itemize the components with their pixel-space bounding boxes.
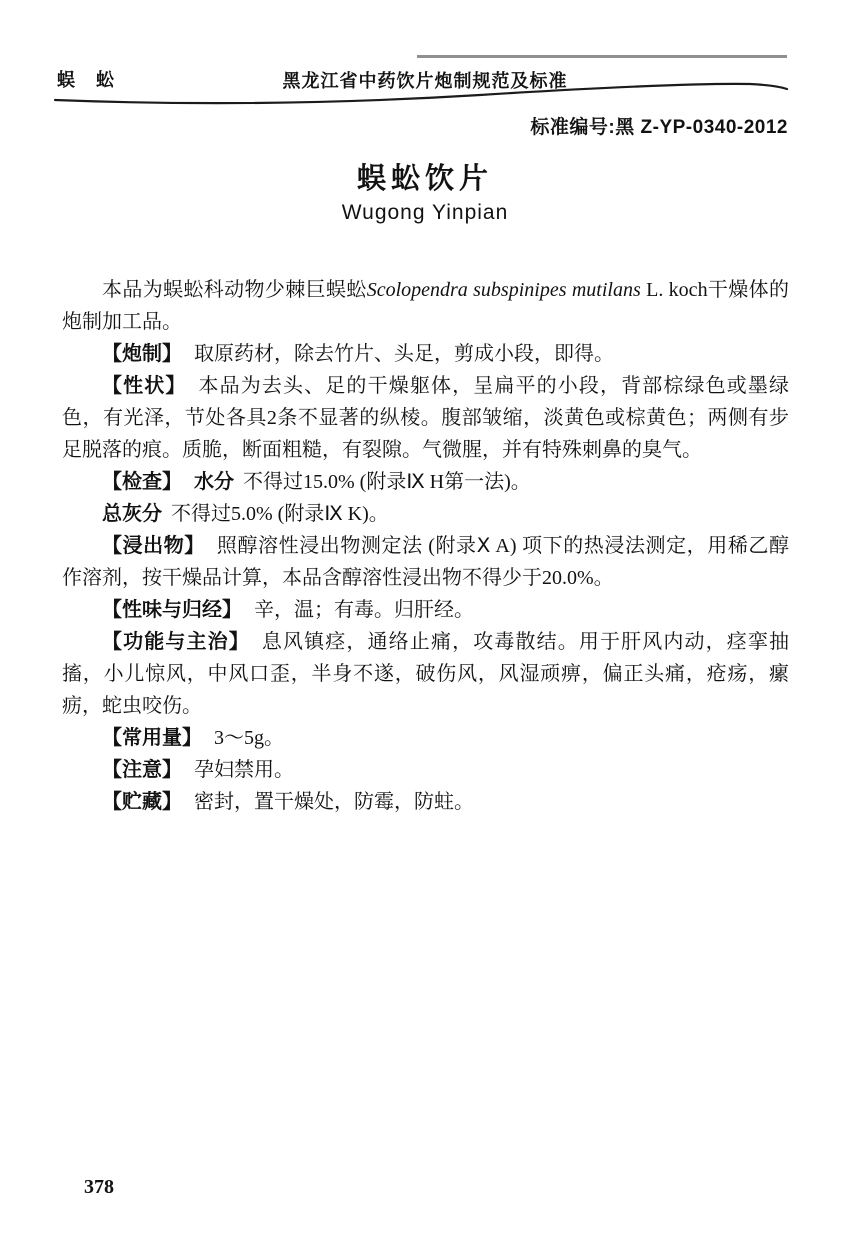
section-text: 密封，置干燥处，防霉，防蛀。: [194, 791, 474, 813]
page-number: 378: [84, 1176, 114, 1199]
section-text: 不得过15.0% (附录Ⅸ H第一法)。: [243, 471, 531, 493]
section-jinchuwu: 【浸出物】照醇溶性浸出物测定法 (附录Ⅹ A) 项下的热浸法测定，用稀乙醇作溶剂…: [62, 530, 789, 594]
section-xingwei-guijing: 【性味与归经】辛，温；有毒。归肝经。: [62, 594, 789, 626]
document-page: 蜈 蚣 黑龙江省中药饮片炮制规范及标准 标准编号:黑 Z-YP-0340-201…: [0, 0, 850, 1254]
section-label: 【贮藏】: [102, 791, 182, 813]
standard-number: 标准编号:黑 Z-YP-0340-2012: [530, 112, 788, 139]
section-label: 【功能与主治】: [102, 631, 250, 653]
intro-paragraph: 本品为蜈蚣科动物少棘巨蜈蚣Scolopendra subspinipes mut…: [62, 274, 789, 338]
section-changyongliang: 【常用量】3～5g。: [62, 722, 789, 754]
top-gray-rule: [417, 55, 787, 58]
section-text: 不得过5.0% (附录Ⅸ K)。: [171, 503, 389, 525]
section-label: 【性味与归经】: [102, 599, 242, 621]
section-label: 【注意】: [102, 759, 182, 781]
page-subtitle-pinyin: Wugong Yinpian: [0, 201, 850, 225]
page-title: 蜈蚣饮片: [0, 156, 850, 197]
section-zhucang: 【贮藏】密封，置干燥处，防霉，防蛀。: [62, 786, 789, 818]
subitem-label: 水分: [194, 471, 234, 493]
section-label: 【常用量】: [102, 727, 202, 749]
subitem-label: 总灰分: [102, 503, 162, 525]
section-label: 【检查】: [102, 471, 182, 493]
section-text: 3～5g。: [214, 727, 284, 749]
section-zhuyi: 【注意】孕妇禁用。: [62, 754, 789, 786]
section-text: 取原药材，除去竹片、头足，剪成小段，即得。: [194, 343, 614, 365]
section-text: 孕妇禁用。: [194, 759, 294, 781]
section-zonghuifen: 总灰分不得过5.0% (附录Ⅸ K)。: [62, 498, 789, 530]
section-text: 辛，温；有毒。归肝经。: [254, 599, 474, 621]
section-label: 【浸出物】: [102, 535, 205, 557]
section-jiancha-shuifen: 【检查】水分不得过15.0% (附录Ⅸ H第一法)。: [62, 466, 789, 498]
section-gongneng-zhuzhi: 【功能与主治】息风镇痉，通络止痛，攻毒散结。用于肝风内动，痉挛抽搐，小儿惊风，中…: [62, 626, 789, 722]
document-body: 本品为蜈蚣科动物少棘巨蜈蚣Scolopendra subspinipes mut…: [62, 274, 789, 818]
section-label: 【性状】: [102, 375, 187, 397]
intro-prefix: 本品为蜈蚣科动物少棘巨蜈蚣: [102, 279, 367, 301]
species-latin-name: Scolopendra subspinipes mutilans: [367, 279, 641, 301]
section-label: 【炮制】: [102, 343, 182, 365]
section-xingzhuang: 【性状】本品为去头、足的干燥躯体，呈扁平的小段，背部棕绿色或墨绿色，有光泽，节处…: [62, 370, 789, 466]
section-paozhi: 【炮制】取原药材，除去竹片、头足，剪成小段，即得。: [62, 338, 789, 370]
